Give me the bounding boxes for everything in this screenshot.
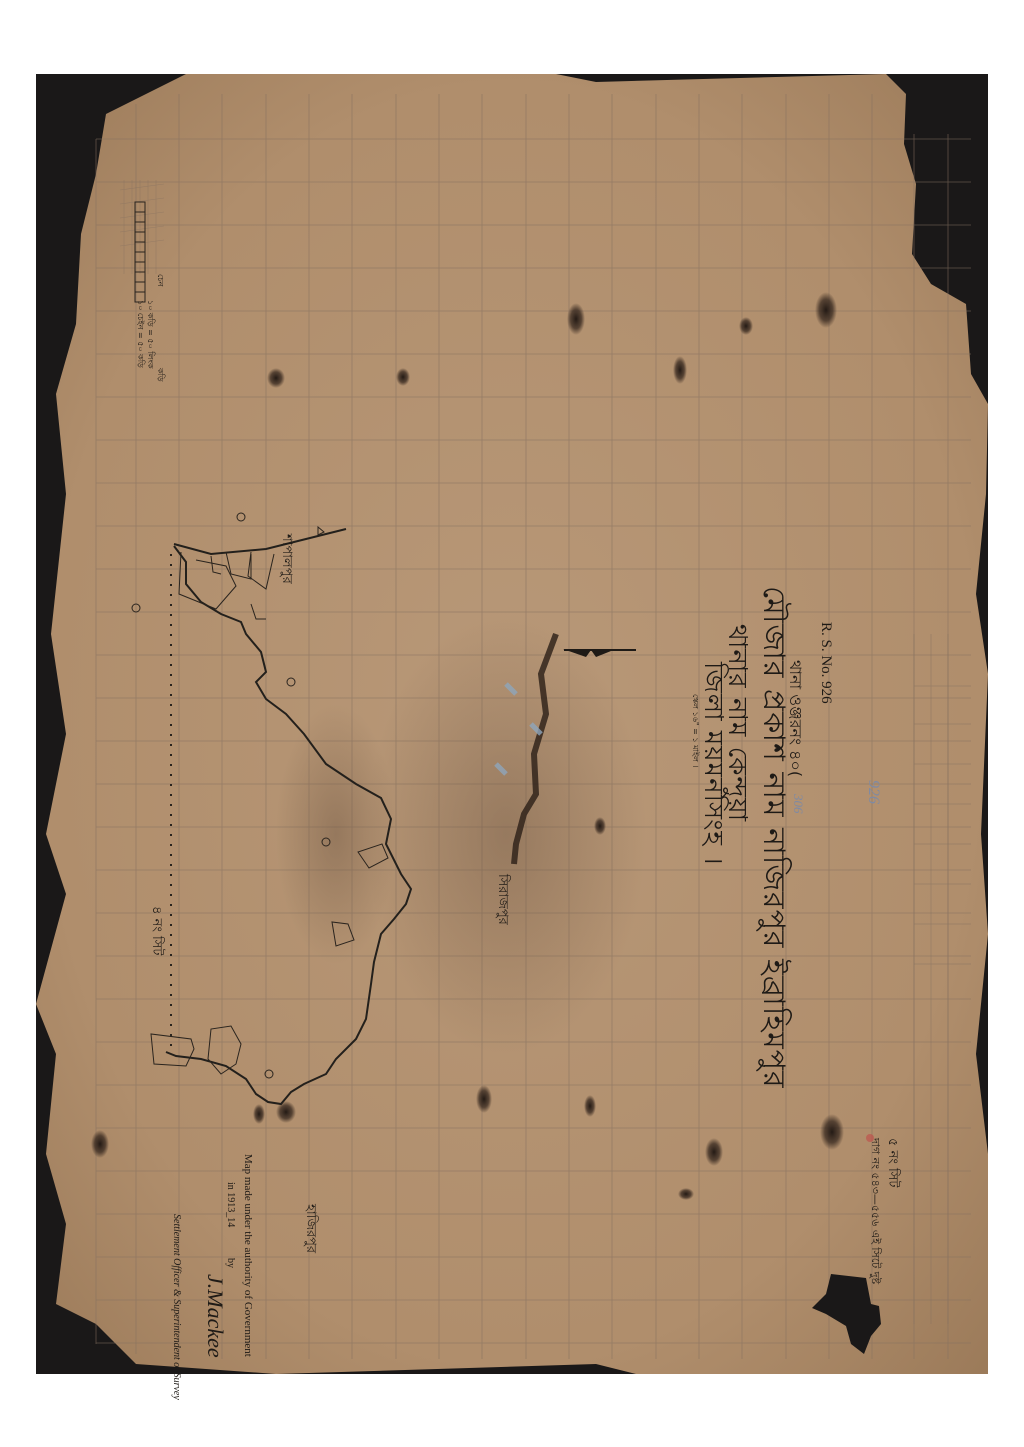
village-label-top: শাপালপুর <box>275 534 296 584</box>
authority-note: Map made under the authority of Governme… <box>242 1154 254 1357</box>
rs-number-pencil: 926 <box>864 780 882 804</box>
officer-title: Settlement Officer & Superintendent of S… <box>171 1214 182 1400</box>
map-sheet <box>36 74 988 1374</box>
scale-label-bottom: কড়ি <box>153 368 166 382</box>
sheet-note-right: দাগ নং ৫৪৩—৫৫৬ এই সিটে দুষ্ট <box>865 1138 884 1284</box>
signature: J.Mackee <box>202 1274 228 1358</box>
scale-label-top: চেন <box>153 274 166 286</box>
village-label-center: সিরাজপুর <box>491 874 512 925</box>
sheet-label-left: ৪ নং সিট <box>145 906 166 955</box>
scanned-map-background: R. S. No. 926 926 থানা ওঞ্জরনং ৪০( 306 ম… <box>36 74 988 1374</box>
scale-note: স্কেল ১৬" = ১ মাইল । <box>688 694 701 767</box>
survey-years: in 1913_14 <box>225 1182 236 1227</box>
village-label-bottom: হাজিরপুর <box>299 1204 320 1253</box>
sheet-label-right: ৫ নং সিট <box>881 1138 902 1187</box>
scale-line-2: ১০ চেইন = ৫০ কড়ি <box>133 300 146 368</box>
by-label: by <box>225 1258 236 1268</box>
rs-number: R. S. No. 926 <box>817 622 834 704</box>
